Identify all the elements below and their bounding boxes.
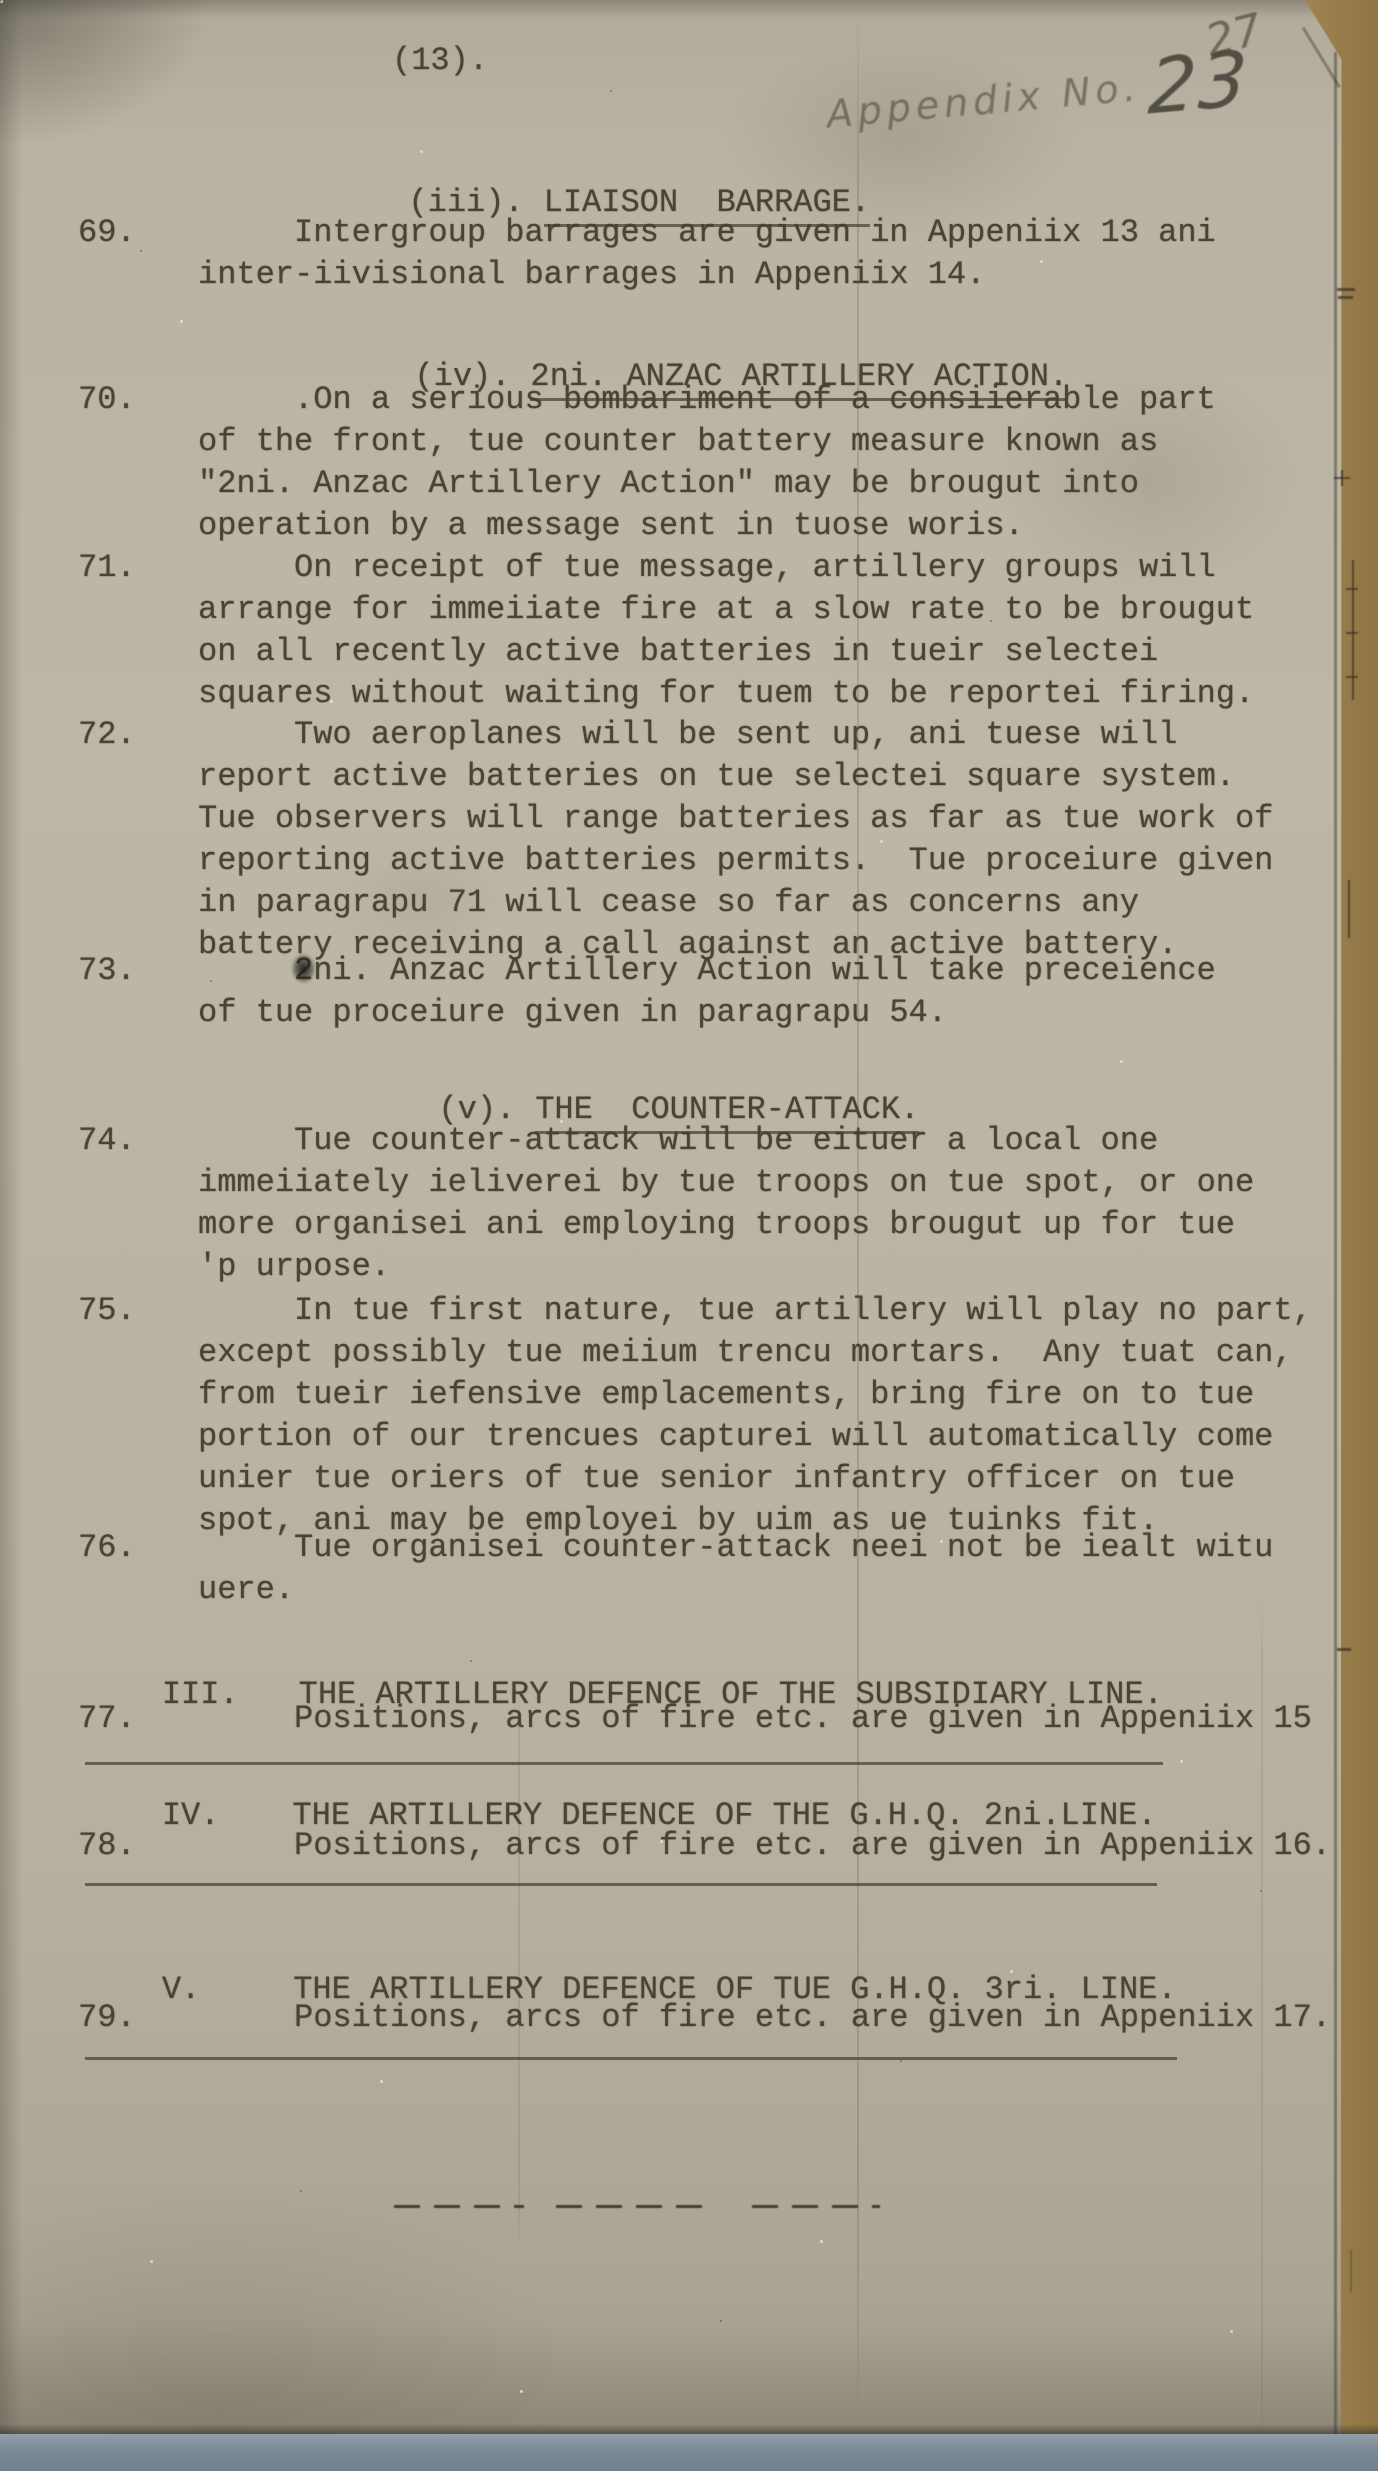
dashed-divider [394,2205,524,2208]
paragraph-text: In tue first nature, tue artillery will … [198,1290,1353,1542]
paragraph-text: Intergroup barrages are given in Appenii… [198,212,1353,296]
paragraph-text: Positions, arcs of fire etc. are given i… [198,1825,1353,1867]
paragraph-number: 73. [78,950,136,992]
paragraph-76: 76. Tue organisei counter-attack neei no… [198,1527,1353,1611]
margin-mark [1350,2250,1352,2292]
paper-bottom-shadow [0,2424,1378,2434]
paragraph-number: 77. [78,1698,136,1740]
paragraph-text: .On a serious bombariment of a consiiera… [198,379,1353,547]
ink-blot [291,953,316,984]
paragraph-71: 71. On receipt of tue message, artillery… [198,547,1353,715]
paragraph-number: 79. [78,1997,136,2039]
table-edge [0,2434,1378,2471]
paragraph-77: 77. Positions, arcs of fire etc. are giv… [198,1698,1353,1740]
paragraph-74: 74. Tue counter-attack will be eituer a … [198,1120,1353,1288]
margin-mark [1338,296,1353,299]
paragraph-text: Tue organisei counter-attack neei not be… [198,1527,1353,1611]
pencil-appendix-label: Appendix No. [825,65,1142,136]
paragraph-69: 69. Intergroup barrages are given in App… [198,212,1353,296]
dashed-divider [752,2205,880,2208]
margin-mark [1337,1648,1351,1651]
paragraph-number: 72. [78,714,136,756]
paragraph-number: 78. [78,1825,136,1867]
paragraph-75: 75. In tue first nature, tue artillery w… [198,1290,1353,1542]
paragraph-73: 73. 2ni. Anzac Artillery Action will tak… [198,950,1353,1034]
paragraph-78: 78. Positions, arcs of fire etc. are giv… [198,1825,1353,1867]
paragraph-number: 75. [78,1290,136,1332]
paragraph-text: Positions, arcs of fire etc. are given i… [198,1698,1353,1740]
paragraph-text: Two aeroplanes will be sent up, ani tues… [198,714,1353,966]
scanned-document-page: { "doc": { "page_number": "(13).", "penc… [0,0,1378,2471]
paragraph-79: 79. Positions, arcs of fire etc. are giv… [198,1997,1353,2039]
subheading-counter-attack: (v).THE COUNTER-ATTACK. [400,1047,919,1131]
dashed-divider [556,2205,706,2208]
paragraph-number: 69. [78,212,136,254]
paragraph-text: 2ni. Anzac Artillery Action will take pr… [198,950,1353,1034]
paragraph-text: Tue counter-attack will be eituer a loca… [198,1120,1353,1288]
paragraph-number: 70. [78,379,136,421]
page-number: (13). [392,44,488,78]
paragraph-number: 76. [78,1527,136,1569]
section-number: V. [162,1971,200,2008]
paragraph-text: Positions, arcs of fire etc. are given i… [198,1997,1353,2039]
paragraph-70: 70. .On a serious bombariment of a consi… [198,379,1353,547]
paragraph-number: 74. [78,1120,136,1162]
paragraph-number: 71. [78,547,136,589]
paragraph-text: On receipt of tue message, artillery gro… [198,547,1353,715]
section-heading-ghq-3rd-line: V.THE ARTILLERY DEFENCE OF TUE G.H.Q. 3r… [85,1927,1177,2060]
paragraph-72: 72. Two aeroplanes will be sent up, ani … [198,714,1353,966]
